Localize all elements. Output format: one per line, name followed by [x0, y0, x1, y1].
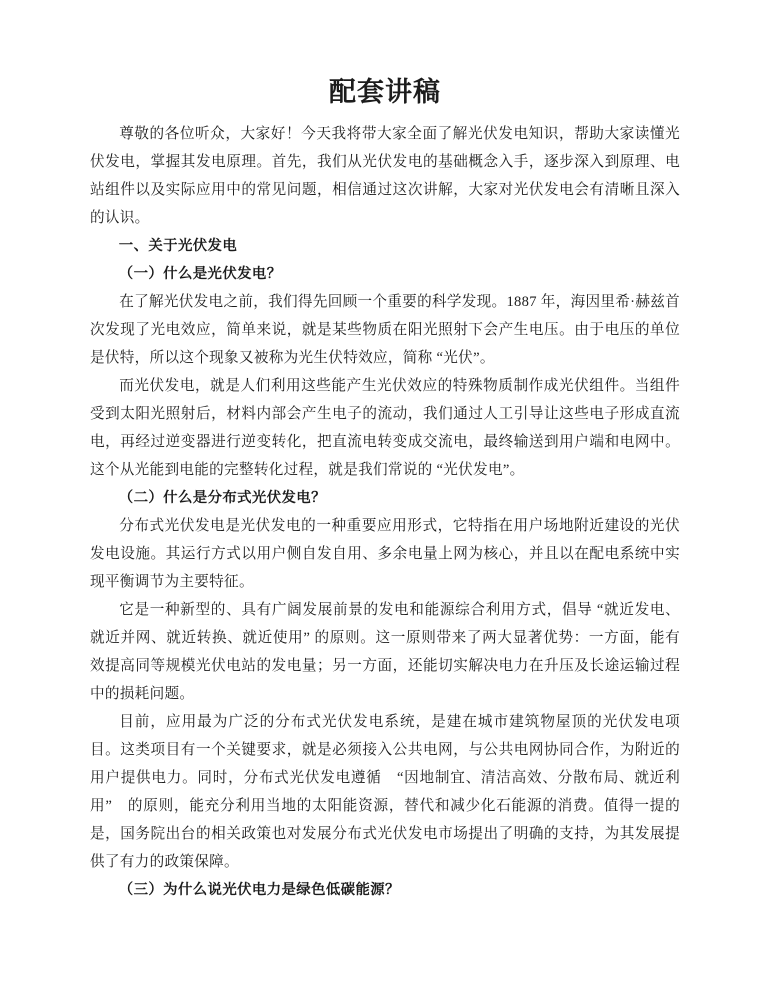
- paragraph-rooftop-pv-systems: 目前，应用最为广泛的分布式光伏发电系统，是建在城市建筑物屋顶的光伏发电项目。这类…: [90, 708, 680, 876]
- section-heading-1: 一、关于光伏发电: [90, 232, 680, 260]
- subsection-heading-1-3: （三）为什么说光伏电力是绿色低碳能源？: [90, 876, 680, 904]
- subsection-heading-1-2: （二）什么是分布式光伏发电？: [90, 484, 680, 512]
- paragraph-distributed-pv-principles: 它是一种新型的、具有广阔发展前景的发电和能源综合利用方式，倡导 “就近发电、就近…: [90, 596, 680, 708]
- paragraph-photoelectric-effect: 在了解光伏发电之前，我们得先回顾一个重要的科学发现。1887 年，海因里希·赫兹…: [90, 288, 680, 372]
- subsection-heading-1-1: （一）什么是光伏发电？: [90, 260, 680, 288]
- paragraph-pv-generation-process: 而光伏发电，就是人们利用这些能产生光伏效应的特殊物质制作成光伏组件。当组件受到太…: [90, 372, 680, 484]
- document-title: 配套讲稿: [90, 74, 680, 110]
- document-page: 配套讲稿 尊敬的各位听众，大家好！今天我将带大家全面了解光伏发电知识，帮助大家读…: [0, 0, 770, 1000]
- paragraph-distributed-pv-definition: 分布式光伏发电是光伏发电的一种重要应用形式，它特指在用户场地附近建设的光伏发电设…: [90, 512, 680, 596]
- intro-paragraph: 尊敬的各位听众，大家好！今天我将带大家全面了解光伏发电知识，帮助大家读懂光伏发电…: [90, 120, 680, 232]
